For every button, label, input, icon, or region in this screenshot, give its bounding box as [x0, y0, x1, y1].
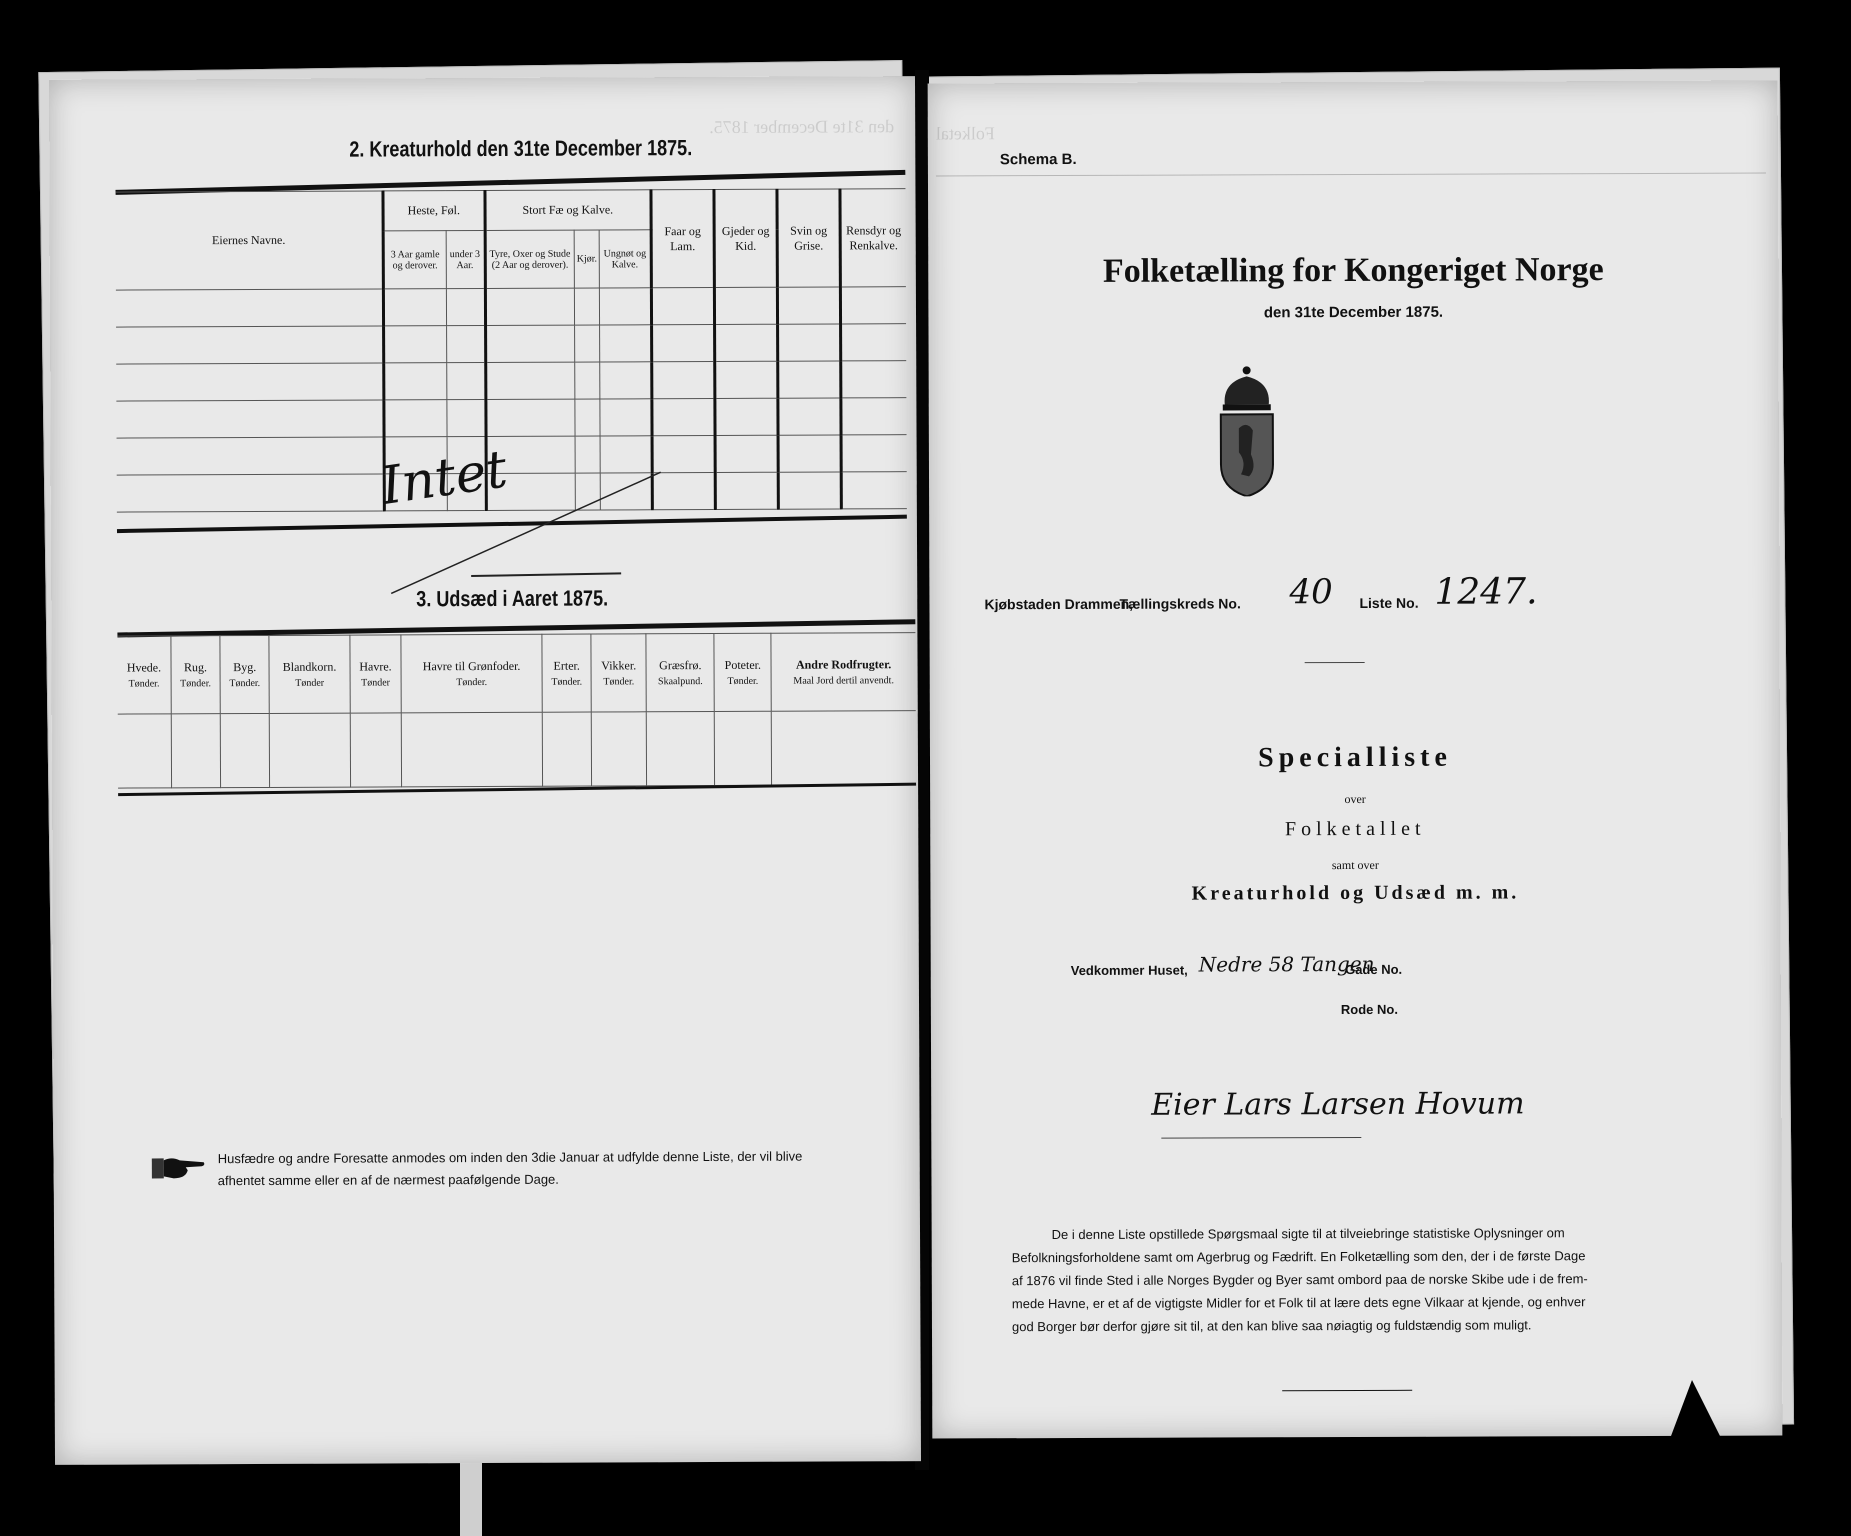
paragraph-line: De i denne Liste opstillede Spørgsmaal s…	[1012, 1221, 1732, 1247]
col-andre-rodfrugter: Andre Rodfrugter.Maal Jord dertil anvend…	[771, 633, 916, 712]
col-blandkorn: Blandkorn.Tønder	[269, 635, 350, 713]
table-row	[116, 361, 906, 401]
table-row	[116, 398, 906, 438]
col-byg: Byg.Tønder.	[220, 635, 270, 713]
col-havre-gronfoder: Havre til Grønfoder.Tønder.	[401, 634, 542, 713]
table-row	[116, 287, 906, 327]
owner-signature: Eier Lars Larsen Hovum	[1151, 1086, 1524, 1122]
col-poteter: Poteter.Tønder.	[714, 633, 771, 711]
schema-label: Schema B.	[1000, 151, 1077, 168]
handwritten-strike-line	[381, 467, 672, 598]
explanation-paragraph: De i denne Liste opstillede Spørgsmaal s…	[1012, 1221, 1732, 1339]
footnote-line-2: afhentet samme eller en af de nærmest pa…	[218, 1172, 559, 1188]
ghost-rule	[936, 173, 1766, 177]
col-bulls-oxen: Tyre, Oxer og Stude (2 Aar og derover).	[485, 230, 575, 288]
col-hvede: Hvede.Tønder.	[117, 636, 171, 714]
col-goats: Gjeder og Kid.	[714, 189, 777, 287]
table-row	[118, 711, 916, 788]
table-row	[116, 324, 906, 364]
col-rug: Rug.Tønder.	[171, 636, 221, 714]
district-number-field: 40	[1289, 572, 1332, 612]
col-cows: Kjør.	[574, 230, 600, 288]
town-label: Kjøbstaden Drammen,	[984, 596, 1133, 613]
bleed-through-text: den 31te December 1875.	[709, 116, 894, 138]
col-owner-names: Eiernes Navne.	[115, 191, 383, 290]
col-vikker: Vikker.Tønder.	[591, 634, 646, 712]
rode-label: Rode No.	[1341, 1002, 1398, 1017]
col-horses-under3: under 3 Aar.	[446, 230, 485, 288]
section3-title: 3. Udsæd i Aaret 1875.	[416, 585, 608, 612]
paragraph-line: Befolkningsforholdene samt om Agerbrug o…	[1012, 1244, 1732, 1270]
gade-label: -Gade No.	[1341, 962, 1402, 977]
list-number-field: 1247.	[1434, 571, 1537, 612]
main-title: Folketælling for Kongeriget Norge	[928, 251, 1778, 292]
col-graesfro: Græsfrø.Skaalpund.	[646, 633, 715, 711]
signature-rule	[1161, 1137, 1361, 1139]
district-label: Tællingskreds No.	[1119, 595, 1240, 611]
specialliste-heading: Specialliste	[930, 741, 1780, 776]
date-subtitle: den 31te December 1875.	[928, 303, 1778, 323]
section2-title: 2. Kreaturhold den 31te December 1875.	[349, 135, 692, 162]
bleed-through-text: Folketal	[936, 123, 995, 144]
col-young-cattle: Ungnøt og Kalve.	[599, 230, 651, 288]
paragraph-line: god Borger bør derfor gjøre sit til, at …	[1012, 1313, 1732, 1339]
folketallet-text: Folketallet	[930, 817, 1780, 843]
col-group-cattle: Stort Fæ og Kalve.	[485, 190, 652, 231]
pointing-hand-icon	[152, 1154, 206, 1182]
livestock-table: Eiernes Navne. Heste, Føl. Stort Fæ og K…	[115, 188, 906, 512]
over-text: over	[930, 791, 1780, 809]
right-page: Folketal Schema B. Folketælling for Kong…	[928, 81, 1783, 1439]
col-reindeer: Rensdyr og Renkalve.	[840, 189, 906, 287]
footnote-line-1: Husfædre og andre Foresatte anmodes om i…	[218, 1149, 803, 1167]
kreaturhold-subheading: Kreaturhold og Udsæd m. m.	[930, 881, 1780, 907]
bookmark-ribbon	[460, 1460, 482, 1536]
paragraph-line: af 1876 vil finde Sted i alle Norges Byg…	[1012, 1267, 1732, 1293]
col-horses-3plus: 3 Aar gamle og derover.	[383, 231, 446, 289]
page-corner-shadow	[1662, 1380, 1732, 1460]
col-havre: Havre.Tønder	[350, 635, 402, 713]
house-label: Vedkommer Huset,	[1071, 963, 1188, 978]
col-sheep: Faar og Lam.	[651, 189, 714, 287]
list-label: Liste No.	[1359, 595, 1418, 611]
col-pigs: Svin og Grise.	[777, 189, 840, 287]
closing-rule	[1282, 1390, 1412, 1391]
paragraph-line: mede Havne, er et af de vigtigste Midler…	[1012, 1290, 1732, 1316]
norwegian-coat-of-arms-icon	[1217, 364, 1277, 496]
col-erter: Erter.Tønder.	[542, 634, 592, 712]
col-group-horses: Heste, Føl.	[383, 190, 485, 230]
samt-over-text: samt over	[930, 857, 1780, 875]
left-page: den 31te December 1875. 2. Kreaturhold d…	[49, 76, 921, 1465]
short-divider	[1305, 662, 1365, 663]
seed-table: Hvede.Tønder. Rug.Tønder. Byg.Tønder. Bl…	[117, 632, 916, 788]
